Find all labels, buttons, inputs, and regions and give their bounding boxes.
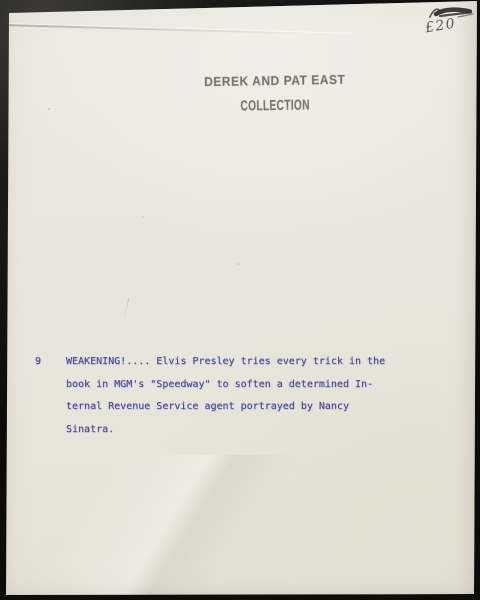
black-backdrop: DEREK AND PAT EAST COLLECTION £20 9 WEAK… [0,0,480,600]
paper-speck [237,263,239,265]
photo-verso-paper: DEREK AND PAT EAST COLLECTION £20 9 WEAK… [0,0,480,600]
paper-top-crease [3,24,351,35]
paper-speck [185,556,187,558]
paper-scratch-mark [124,298,130,318]
paper-speck [142,216,144,218]
caption-line-1: WEAKENING!.... Elvis Presley tries every… [66,351,385,374]
stamp-owner-line: DEREK AND PAT EAST [176,72,373,89]
caption-line-2: book in MGM's "Speedway" to soften a det… [66,374,385,397]
paper-bottom-sheen [0,455,330,600]
caption-line-4: Sinatra. [66,419,385,442]
collection-stamp: DEREK AND PAT EAST COLLECTION [168,72,383,115]
caption-lines: WEAKENING!.... Elvis Presley tries every… [66,351,385,441]
caption-line-3: ternal Revenue Service agent portrayed b… [66,396,385,419]
caption-index-number: 9 [35,351,41,374]
pencil-price-note: £20 [424,16,457,37]
typed-caption: 9 WEAKENING!.... Elvis Presley tries eve… [35,351,385,441]
stamp-collection-line: COLLECTION [200,97,350,115]
paper-speck [48,108,50,110]
